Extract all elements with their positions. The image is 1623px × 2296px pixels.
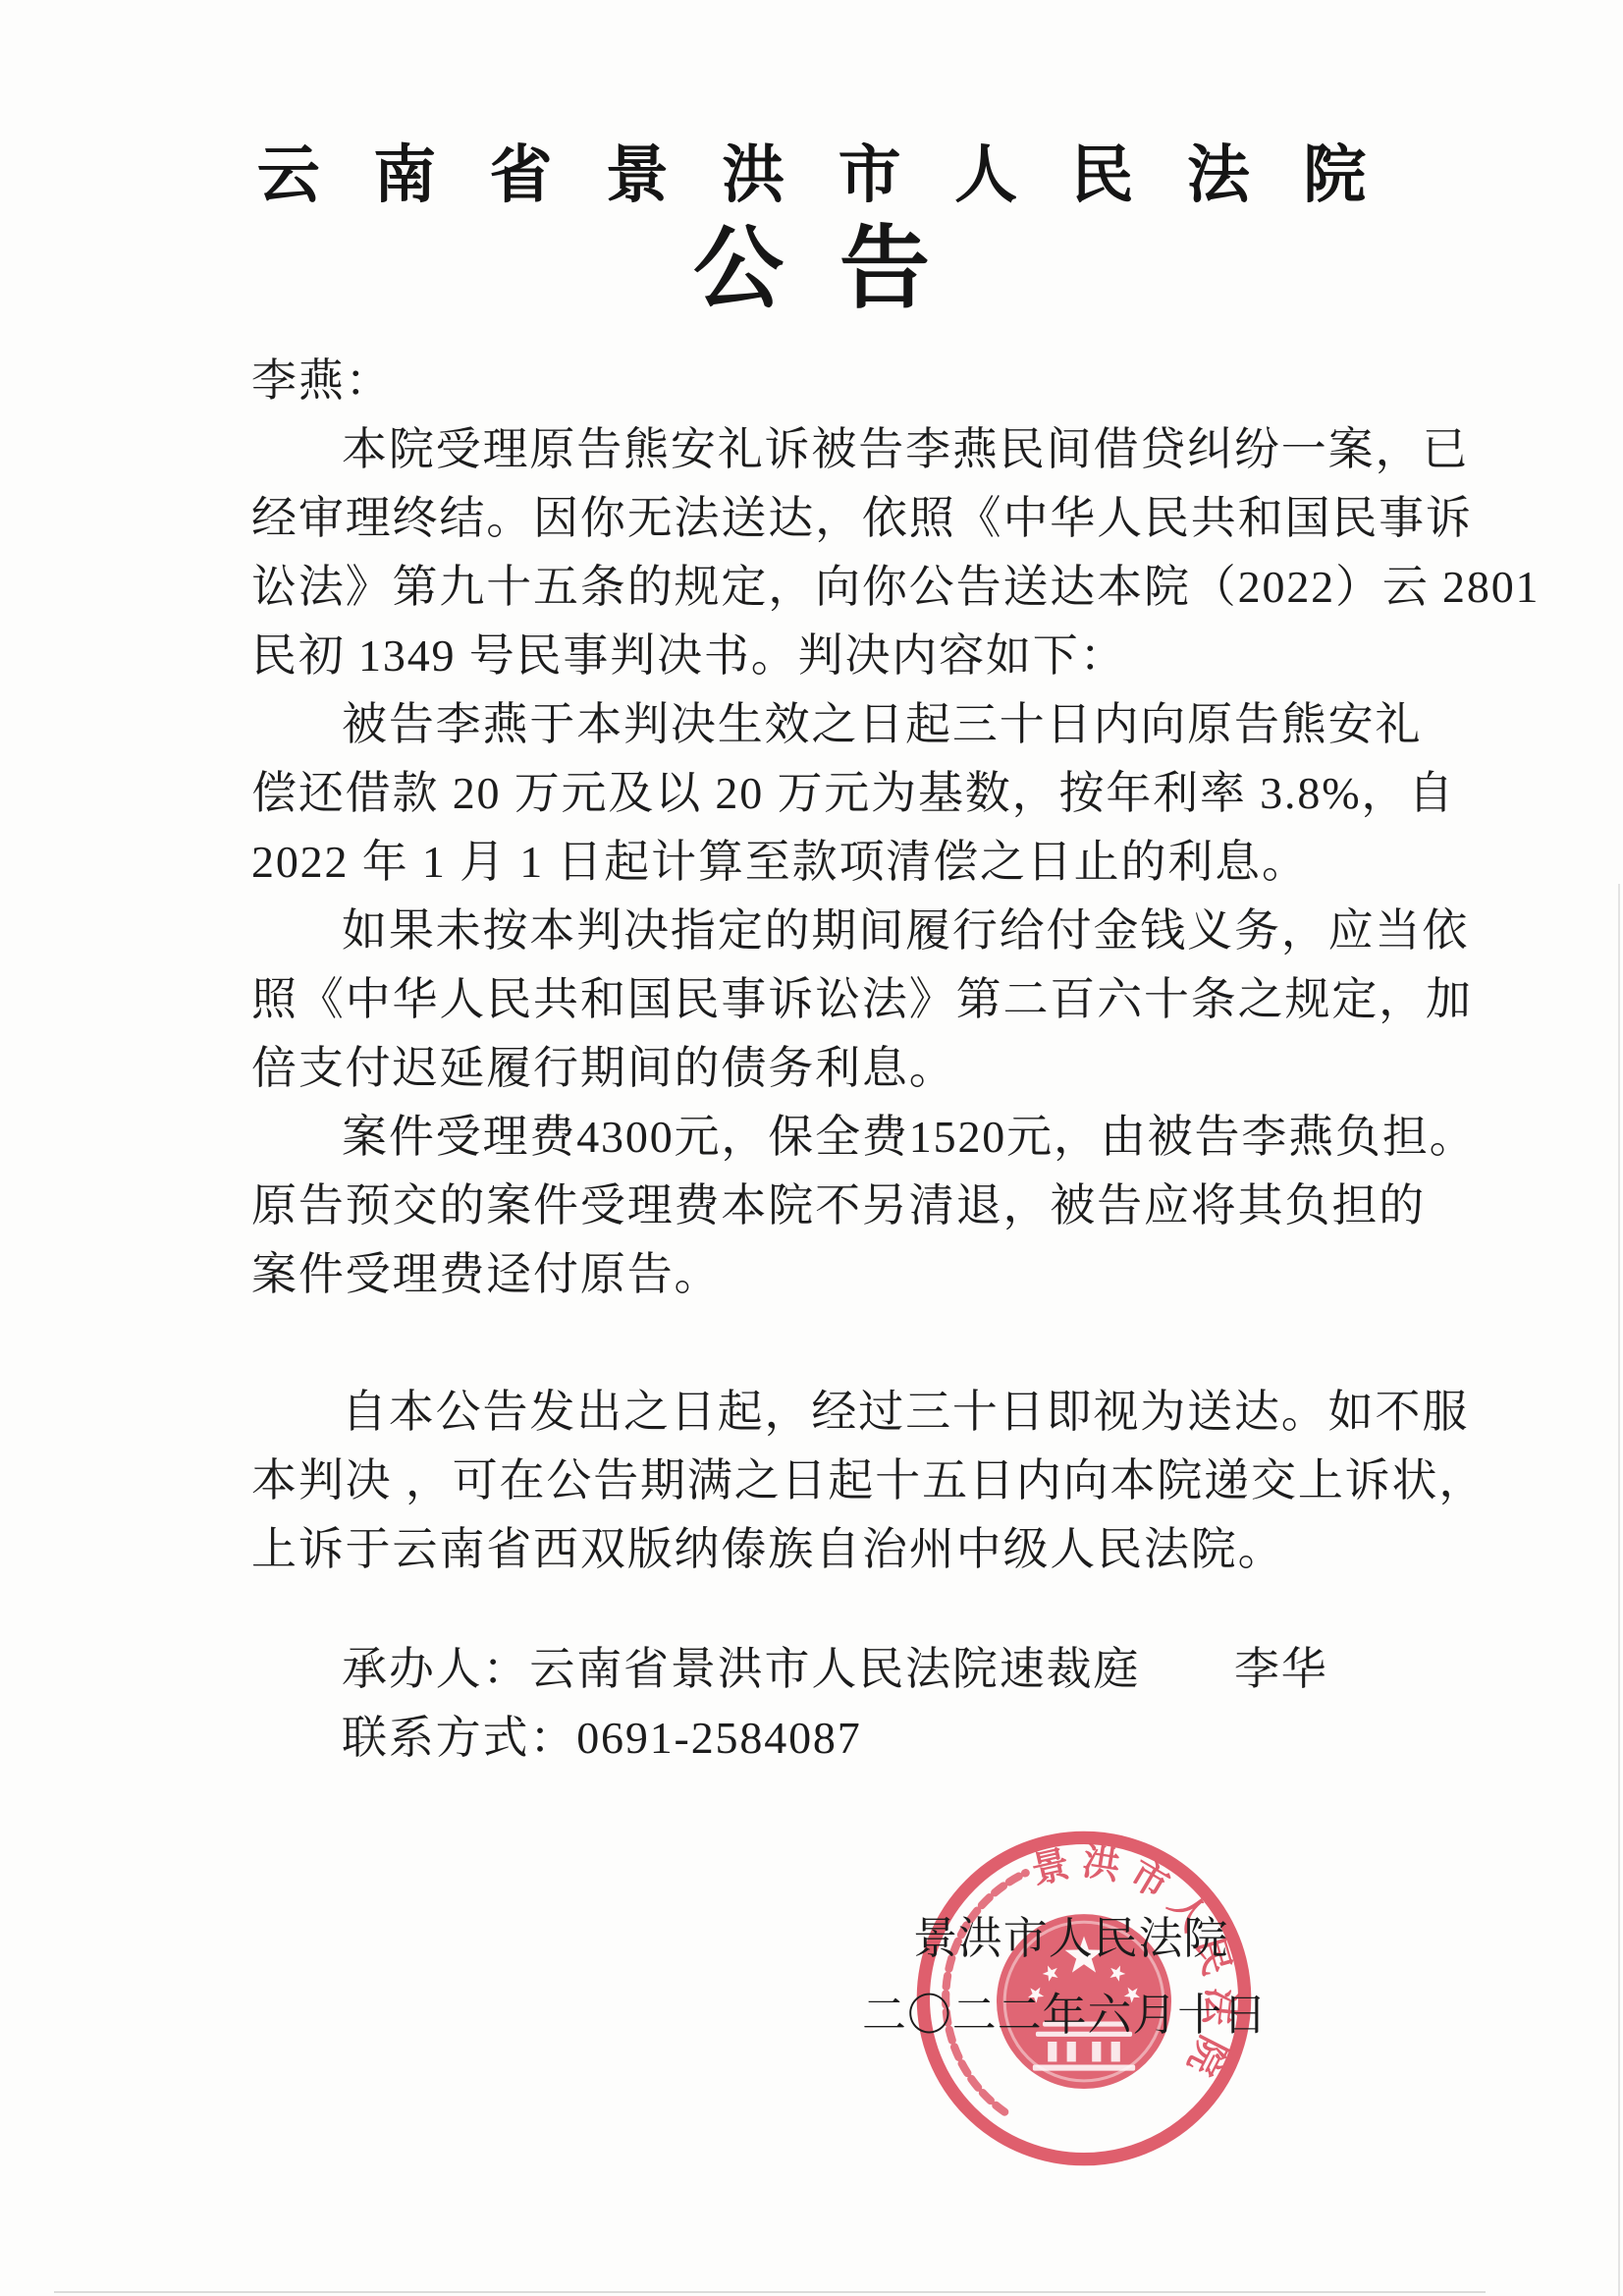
official-seal-icon: 景洪市人民法院	[908, 1823, 1260, 2174]
seal-outer-ring	[923, 1837, 1244, 2159]
national-emblem-icon	[997, 1914, 1171, 2089]
body-line: 案件受理费4300元，保全费1520元，由被告李燕负担。	[251, 1103, 1468, 1172]
body-line: 倍支付迟延履行期间的债务利息。	[251, 1034, 1468, 1103]
body-line: 经审理终结。因你无法送达，依照《中华人民共和国民事诉	[251, 484, 1468, 553]
body-line: 被告李燕于本判决生效之日起三十日内向原告熊安礼	[251, 690, 1468, 759]
body-line: 2022 年 1 月 1 日起计算至款项清偿之日止的利息。	[251, 828, 1468, 897]
scan-artifact-bottom-edge	[54, 2291, 1486, 2293]
announcement-body: 李燕： 本院受理原告熊安礼诉被告李燕民间借贷纠纷一案，已 经审理终结。因你无法送…	[251, 347, 1468, 1773]
court-title: 云南省景洪市人民法院	[0, 139, 1623, 212]
body-line: 上诉于云南省西双版纳傣族自治州中级人民法院。	[251, 1515, 1468, 1584]
recipient-line: 李燕：	[251, 347, 1468, 415]
body-line: 偿还借款 20 万元及以 20 万元为基数，按年利率 3.8%，自	[251, 759, 1468, 828]
body-line: 本判决 ，可在公告期满之日起十五日内向本院递交上诉状，	[251, 1447, 1468, 1515]
announcement-title: 公告	[0, 218, 1623, 322]
body-line: 本院受理原告熊安礼诉被告李燕民间借贷纠纷一案，已	[251, 415, 1468, 484]
body-line: 自本公告发出之日起，经过三十日即视为送达。如不服	[251, 1378, 1468, 1447]
contact-phone-line: 联系方式：0691-2584087	[251, 1704, 1468, 1773]
scan-artifact-right-edge	[1618, 884, 1620, 2296]
svg-text:景洪市人民法院: 景洪市人民法院	[1028, 1841, 1241, 2089]
seal-dai-script-arc	[946, 1873, 1026, 2111]
body-line: 原告预交的案件受理费本院不另清退，被告应将其负担的	[251, 1172, 1468, 1240]
body-line: 讼法》第九十五条的规定，向你公告送达本院（2022）云 2801	[251, 553, 1468, 622]
gate-silhouette	[1033, 2022, 1135, 2071]
signature-date: 二〇二二年六月十日	[862, 1992, 1268, 2041]
paragraph-spacer	[251, 1309, 1468, 1378]
body-line: 案件受理费迳付原告。	[251, 1240, 1468, 1309]
handler-line: 承办人：云南省景洪市人民法院速裁庭 李华	[251, 1635, 1468, 1704]
contact-block: 承办人：云南省景洪市人民法院速裁庭 李华 联系方式：0691-2584087	[251, 1635, 1468, 1773]
body-line: 照《中华人民共和国民事诉讼法》第二百六十条之规定，加	[251, 965, 1468, 1034]
document-header: 云南省景洪市人民法院 公告	[0, 0, 1623, 321]
body-line: 民初 1349 号民事判决书。判决内容如下：	[251, 622, 1468, 690]
signature-court-name: 景洪市人民法院	[913, 1915, 1228, 1964]
announcement-page: 云南省景洪市人民法院 公告 李燕： 本院受理原告熊安礼诉被告李燕民间借贷纠纷一案…	[0, 0, 1623, 2296]
seal-arc-text: 景洪市人民法院	[1028, 1841, 1241, 2089]
body-line: 如果未按本判决指定的期间履行给付金钱义务，应当依	[251, 897, 1468, 965]
